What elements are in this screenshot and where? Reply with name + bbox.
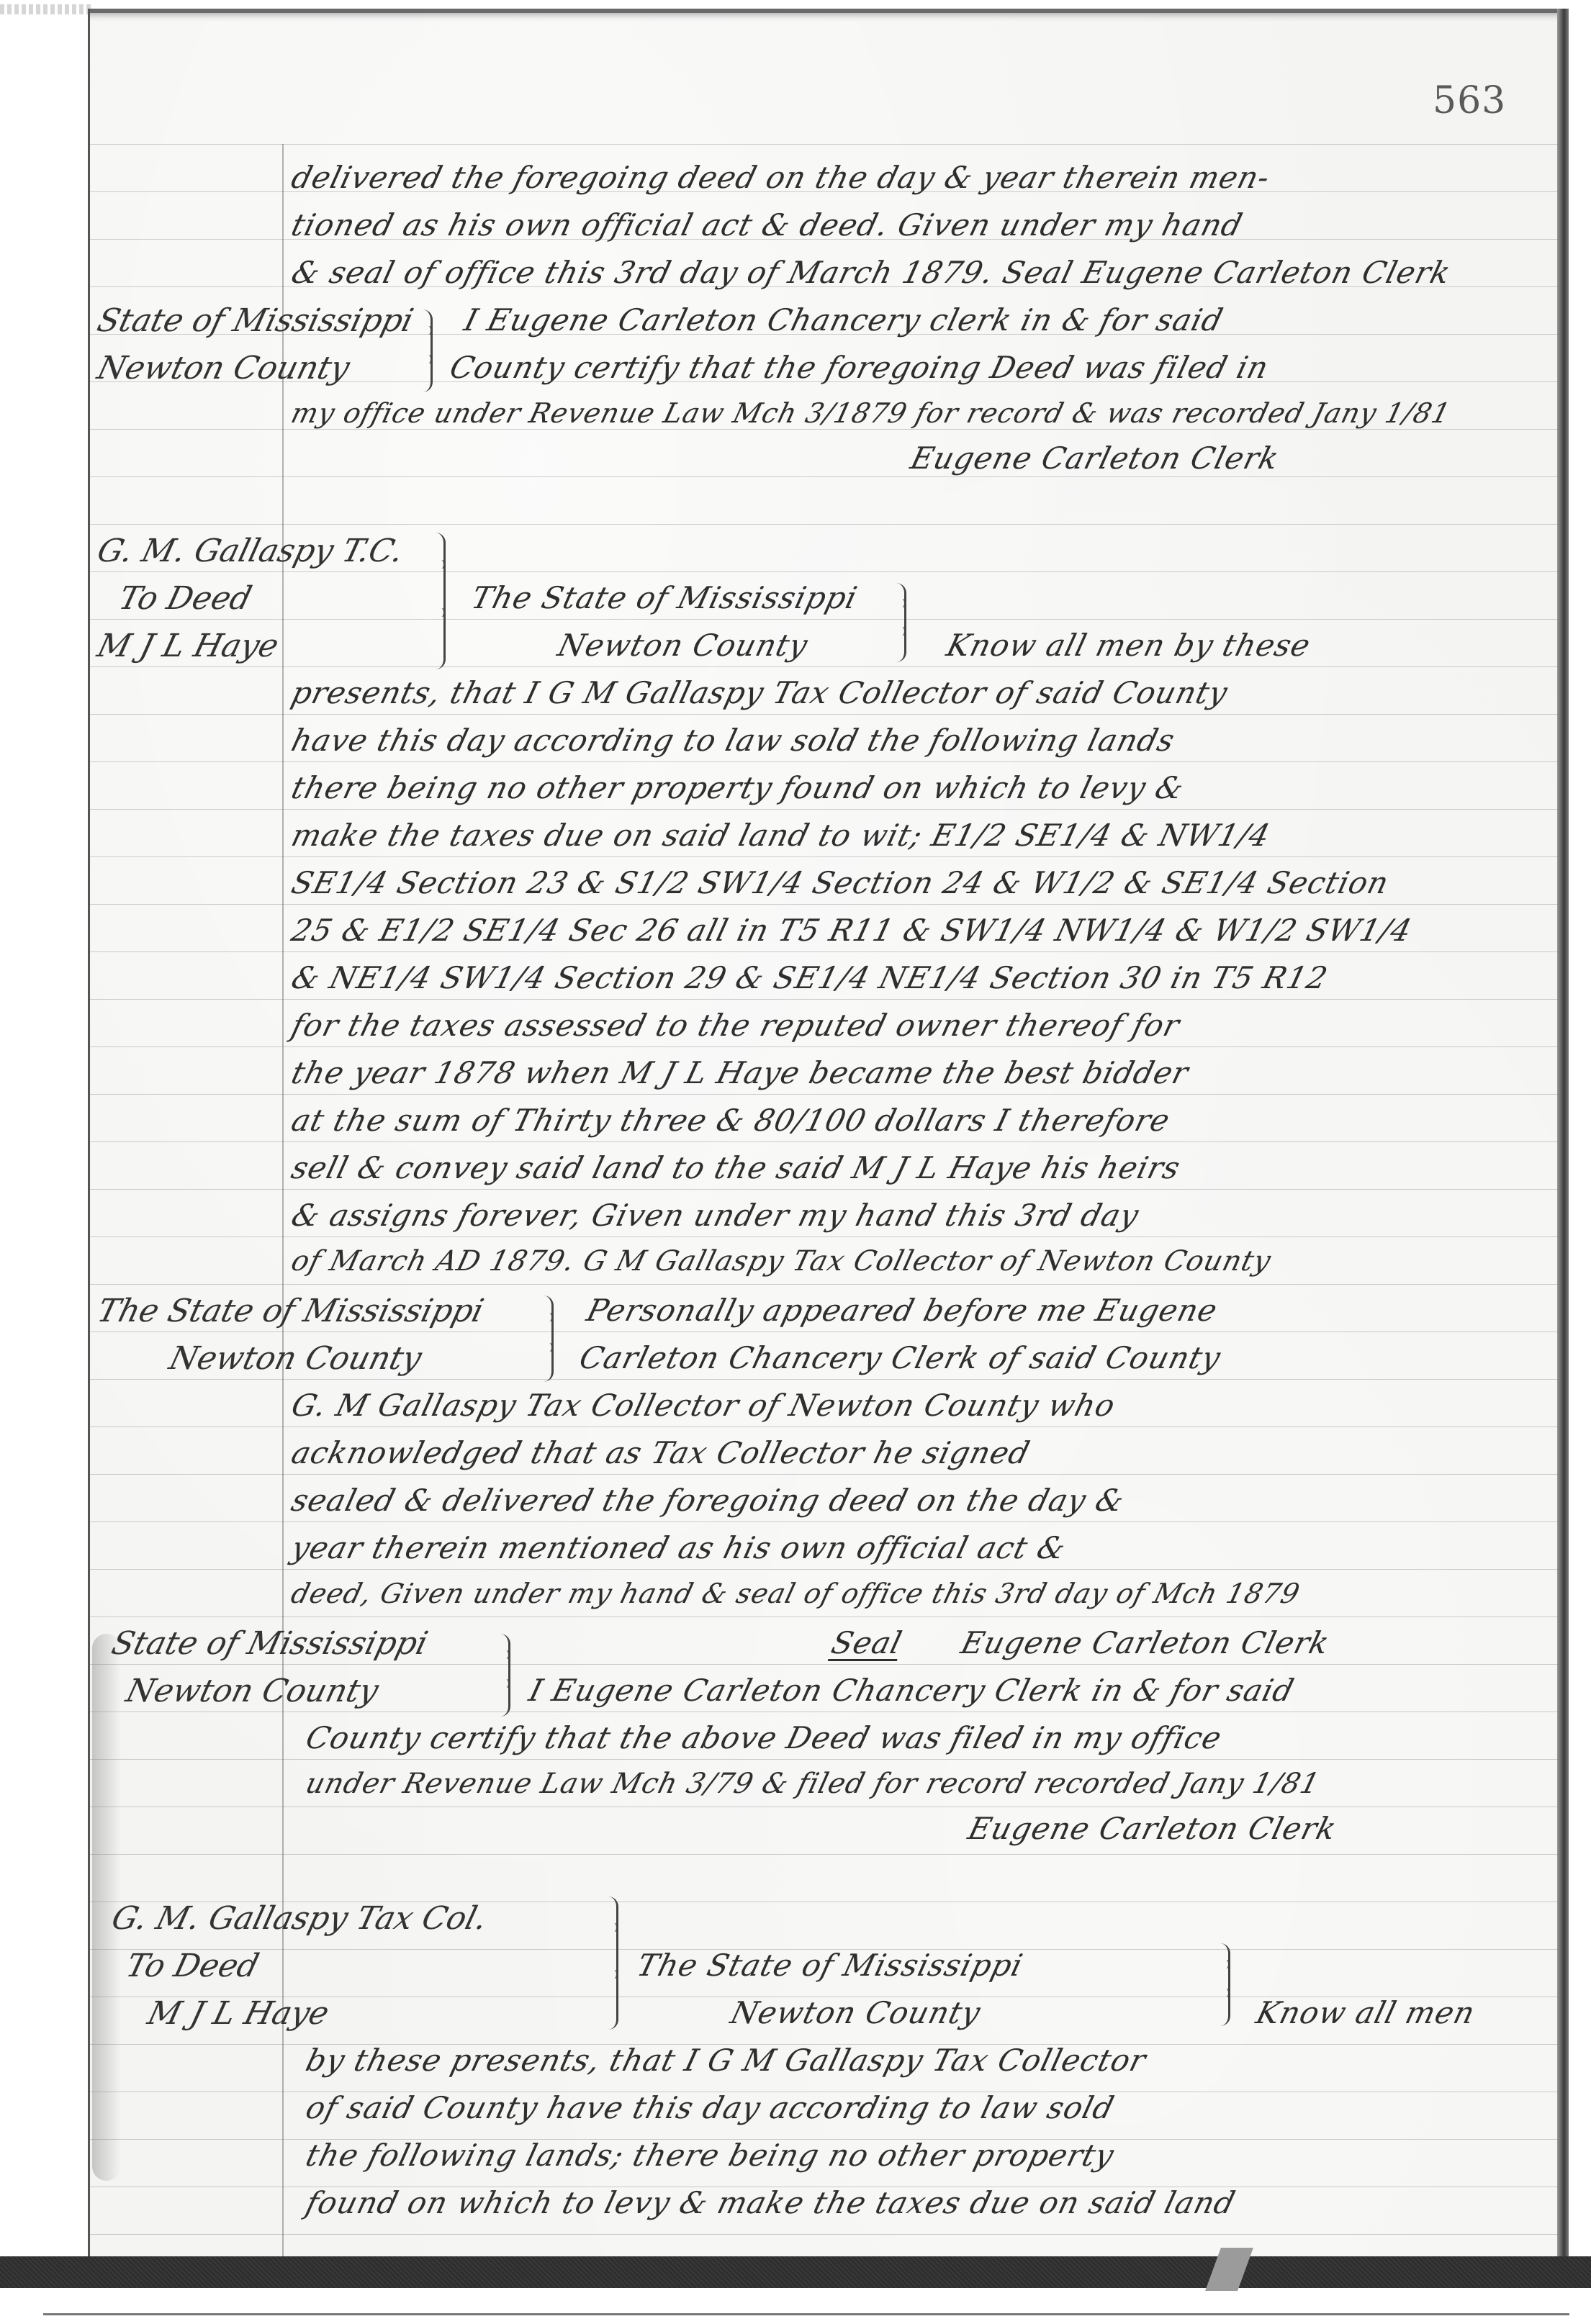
text-line: under Revenue Law Mch 3/79 & filed for r… bbox=[302, 1768, 1323, 1800]
margin-county: Newton County bbox=[122, 1673, 382, 1709]
page-left-edge bbox=[88, 9, 90, 2258]
clerk-signature: Eugene Carleton Clerk bbox=[907, 440, 1283, 476]
ruled-line bbox=[90, 1189, 1559, 1190]
ruled-line bbox=[90, 904, 1559, 905]
ruled-line bbox=[90, 619, 1559, 620]
text-line: at the sum of Thirty three & 80/100 doll… bbox=[288, 1103, 1174, 1138]
margin-grantee: M J L Haye bbox=[94, 628, 282, 664]
text-line: the year 1878 when M J L Haye became the… bbox=[288, 1055, 1192, 1090]
brace-icon bbox=[598, 1896, 618, 2030]
text-line: the following lands; there being no othe… bbox=[302, 2138, 1118, 2173]
text-line: of March AD 1879. G M Gallaspy Tax Colle… bbox=[288, 1245, 1274, 1278]
text-line: sealed & delivered the foregoing deed on… bbox=[288, 1483, 1128, 1518]
text-line: Know all men bbox=[1253, 1995, 1479, 2030]
margin-state: The State of Mississippi bbox=[94, 1293, 487, 1329]
page-edge-fray bbox=[0, 4, 94, 14]
text-line: I Eugene Carleton Chancery Clerk in & fo… bbox=[526, 1673, 1298, 1708]
heading-county: Newton County bbox=[554, 628, 811, 663]
scanner-edge-line bbox=[43, 2313, 1569, 2315]
margin-county: Newton County bbox=[94, 350, 353, 386]
ruled-line bbox=[90, 144, 1559, 145]
ruled-line bbox=[90, 1569, 1559, 1570]
text-line: Carleton Chancery Clerk of said County bbox=[576, 1340, 1225, 1375]
ruled-line bbox=[90, 1522, 1559, 1522]
brace-icon bbox=[885, 583, 906, 662]
text-line: & seal of office this 3rd day of March 1… bbox=[288, 255, 1454, 290]
margin-state: State of Mississippi bbox=[108, 1625, 431, 1662]
text-line: tioned as his own official act & deed. G… bbox=[288, 207, 1246, 243]
clerk-signature: Eugene Carleton Clerk bbox=[965, 1811, 1340, 1846]
margin-county: Newton County bbox=[166, 1340, 425, 1377]
clerk-signature: Eugene Carleton Clerk bbox=[957, 1625, 1333, 1660]
text-line: there being no other property found on w… bbox=[288, 770, 1188, 805]
ruled-line bbox=[90, 951, 1559, 952]
ruled-line bbox=[90, 1664, 1559, 1665]
ruled-line bbox=[90, 476, 1559, 477]
ruled-line bbox=[90, 809, 1559, 810]
margin-grantor: G. M. Gallaspy T.C. bbox=[94, 533, 407, 569]
ruled-line bbox=[90, 1236, 1559, 1237]
ruled-line bbox=[90, 1807, 1559, 1807]
margin-rule bbox=[282, 144, 284, 2256]
text-line: I Eugene Carleton Chancery clerk in & fo… bbox=[461, 302, 1227, 338]
ruled-line bbox=[90, 2234, 1559, 2235]
scanner-bottom-shadow bbox=[0, 2256, 1591, 2288]
margin-deed-type: To Deed bbox=[122, 1948, 263, 1984]
heading-county: Newton County bbox=[727, 1995, 984, 2030]
heading-state: The State of Mississippi bbox=[634, 1948, 1027, 1983]
text-line: for the taxes assessed to the reputed ow… bbox=[288, 1008, 1184, 1043]
text-line: G. M Gallaspy Tax Collector of Newton Co… bbox=[288, 1388, 1119, 1423]
margin-grantee: M J L Haye bbox=[144, 1995, 333, 2032]
ruled-line bbox=[90, 429, 1559, 430]
ruled-line bbox=[90, 1284, 1559, 1285]
heading-state: The State of Mississippi bbox=[468, 580, 861, 615]
seal-label: Seal bbox=[828, 1625, 906, 1660]
brace-icon bbox=[533, 1296, 554, 1382]
ruled-line bbox=[90, 1094, 1559, 1095]
ruled-line bbox=[90, 524, 1559, 525]
brace-icon bbox=[425, 533, 446, 669]
text-line: make the taxes due on said land to wit; … bbox=[288, 818, 1274, 853]
margin-grantor: G. M. Gallaspy Tax Col. bbox=[108, 1900, 491, 1937]
text-line: County certify that the foregoing Deed w… bbox=[446, 350, 1273, 385]
ruled-line bbox=[90, 1426, 1559, 1427]
ruled-line bbox=[90, 571, 1559, 572]
text-line: by these presents, that I G M Gallaspy T… bbox=[302, 2043, 1150, 2078]
ruled-line bbox=[90, 1854, 1559, 1855]
ruled-line bbox=[90, 714, 1559, 715]
page-number: 563 bbox=[1433, 79, 1506, 122]
text-line: found on which to levy & make the taxes … bbox=[302, 2185, 1239, 2220]
ruled-line bbox=[90, 999, 1559, 1000]
text-line: Know all men by these bbox=[943, 628, 1315, 663]
ruled-line bbox=[90, 666, 1559, 667]
ruled-line bbox=[90, 1141, 1559, 1142]
text-line: my office under Revenue Law Mch 3/1879 f… bbox=[288, 397, 1454, 429]
ruled-line bbox=[90, 1474, 1559, 1475]
text-line: acknowledged that as Tax Collector he si… bbox=[288, 1435, 1034, 1470]
ruled-line bbox=[90, 1712, 1559, 1712]
text-line: of said County have this day according t… bbox=[302, 2090, 1118, 2125]
ruled-line bbox=[90, 1617, 1559, 1617]
margin-state: State of Mississippi bbox=[94, 302, 417, 339]
text-line: County certify that the above Deed was f… bbox=[302, 1720, 1226, 1755]
margin-deed-type: To Deed bbox=[115, 580, 256, 617]
ruled-line bbox=[90, 1331, 1559, 1332]
text-line: 25 & E1/2 SE1/4 Sec 26 all in T5 R11 & S… bbox=[288, 913, 1415, 948]
text-line: have this day according to law sold the … bbox=[288, 723, 1178, 758]
ruled-line bbox=[90, 856, 1559, 857]
ruled-line bbox=[90, 1046, 1559, 1047]
text-line: delivered the foregoing deed on the day … bbox=[288, 160, 1274, 195]
ruled-line bbox=[90, 1379, 1559, 1380]
brace-icon bbox=[412, 309, 433, 392]
text-line: SE1/4 Section 23 & S1/2 SW1/4 Section 24… bbox=[288, 865, 1393, 900]
ruled-line bbox=[90, 761, 1559, 762]
text-line: year therein mentioned as his own offici… bbox=[288, 1530, 1070, 1565]
text-line: Personally appeared before me Eugene bbox=[583, 1293, 1222, 1328]
text-line: & NE1/4 SW1/4 Section 29 & SE1/4 NE1/4 S… bbox=[288, 960, 1332, 995]
text-line: & assigns forever, Given under my hand t… bbox=[288, 1198, 1142, 1233]
text-line: sell & convey said land to the said M J … bbox=[288, 1150, 1184, 1185]
brace-icon bbox=[1209, 1943, 1230, 2026]
page-right-edge-shadow bbox=[1557, 9, 1569, 2258]
ruled-line bbox=[90, 1759, 1559, 1760]
brace-icon bbox=[490, 1634, 510, 1717]
text-line: deed, Given under my hand & seal of offi… bbox=[288, 1578, 1303, 1609]
text-line: presents, that I G M Gallaspy Tax Collec… bbox=[288, 675, 1232, 710]
